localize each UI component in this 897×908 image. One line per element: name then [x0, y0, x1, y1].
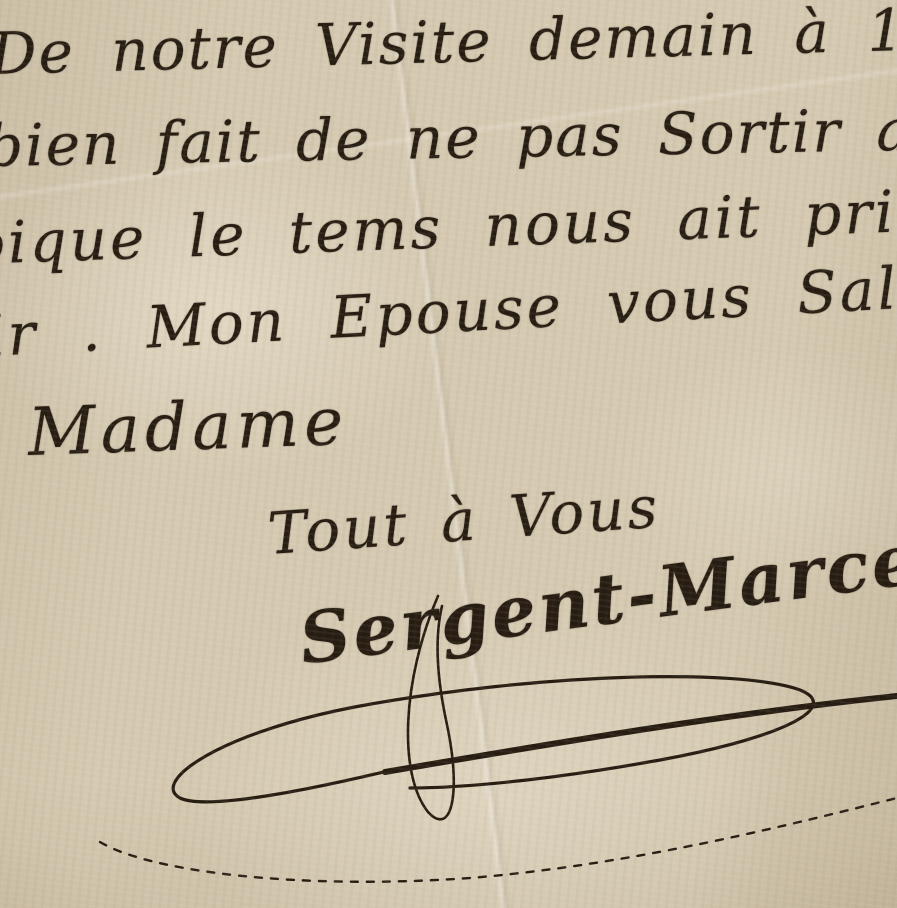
- letter-page: De notre Visite demain à 10 bien fait de…: [0, 0, 897, 908]
- letter-closing-tout-a-vous: Tout à Vous: [266, 473, 663, 568]
- letter-salutation-madame: Madame: [27, 383, 350, 471]
- letter-line-1: De notre Visite demain à 10: [0, 0, 897, 88]
- letter-line-2: bien fait de ne pas Sortir au: [0, 95, 897, 180]
